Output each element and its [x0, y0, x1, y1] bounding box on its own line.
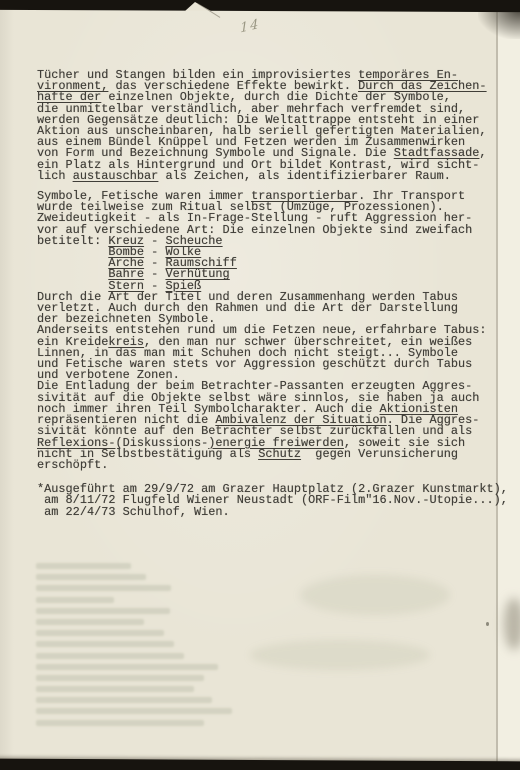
text-line: am 22/4/73 Schulhof, Wien. — [37, 507, 499, 518]
footnote-paragraph: *Ausgeführt am 29/9/72 am Grazer Hauptpl… — [37, 484, 499, 518]
text-segment: , — [479, 146, 486, 160]
ghost-text-line — [36, 585, 171, 591]
text-line: erschöpft. — [37, 460, 499, 471]
underlined-text: Schutz — [258, 447, 301, 461]
text-segment: erschöpft. — [37, 458, 108, 472]
ghost-smudge — [250, 640, 430, 670]
corner-shadow — [478, 9, 520, 39]
text-segment: als Zeichen, als identifizierbarer Raum. — [158, 169, 451, 183]
body-paragraph: Tücher und Stangen bilden ein improvisie… — [37, 70, 499, 182]
ghost-text-line — [36, 653, 184, 659]
ghost-text-line — [36, 608, 170, 614]
scanned-page: 14 Tücher und Stangen bilden ein improvi… — [0, 0, 520, 770]
ghost-text-line — [36, 720, 204, 726]
underlined-text: austauschbar — [73, 169, 159, 183]
ghost-text-line — [36, 574, 146, 580]
scan-edge-top — [0, 0, 520, 12]
scan-shadow-blob — [504, 598, 520, 650]
ghost-text-line — [36, 686, 194, 692]
facing-page-edge — [498, 8, 520, 770]
page-number: 14 — [240, 16, 260, 36]
text-segment: am 22/4/73 Schulhof, Wien. — [37, 505, 230, 519]
text-segment: lich — [37, 169, 73, 183]
ghost-text-line — [36, 697, 212, 703]
body-paragraph: Symbole, Fetische waren immer transporti… — [37, 191, 499, 471]
ghost-text-line — [36, 563, 131, 569]
text-segment: gegen Verunsicherung — [301, 447, 458, 461]
scan-edge-bottom — [0, 759, 520, 770]
ghost-text-line — [36, 641, 174, 647]
scan-speck — [486, 622, 489, 626]
text-line: lich austauschbar als Zeichen, als ident… — [37, 171, 499, 182]
ghost-text-line — [36, 708, 232, 714]
ghost-text-line — [36, 597, 114, 603]
ghost-text-line — [36, 619, 144, 625]
typewritten-text-block: Tücher und Stangen bilden ein improvisie… — [37, 70, 499, 527]
ghost-smudge — [300, 575, 450, 615]
ghost-text-line — [36, 675, 204, 681]
ghost-text-line — [36, 664, 218, 670]
ghost-text-line — [36, 630, 164, 636]
